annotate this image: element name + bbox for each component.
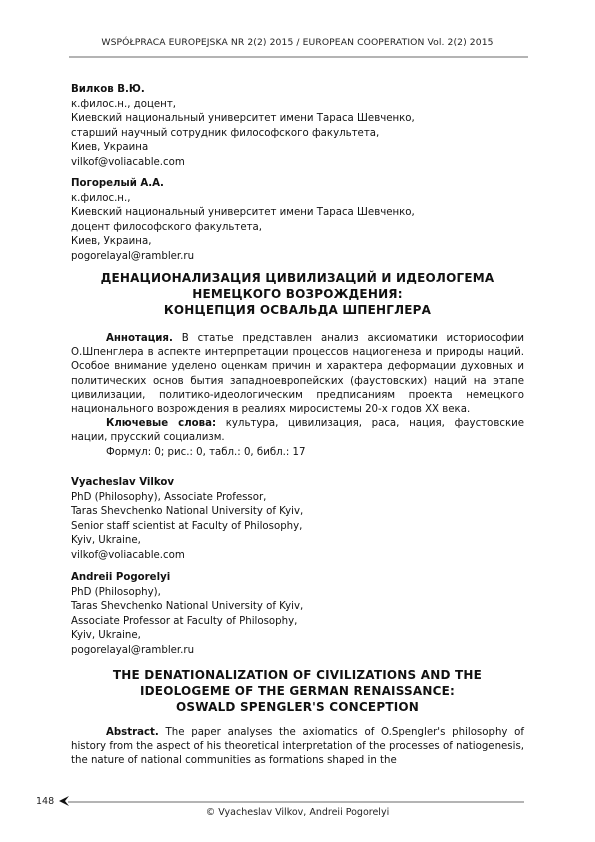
affiliation-line: старший научный сотрудник философского ф… <box>71 127 524 142</box>
affiliation-line: PhD (Philosophy), <box>71 586 524 601</box>
affiliation-line: Киевский национальный университет имени … <box>71 206 524 221</box>
keywords-label: Ключевые слова: <box>106 418 216 429</box>
header-rule <box>69 56 528 58</box>
page-number: 148 <box>36 796 54 807</box>
title-line: ДЕНАЦИОНАЛИЗАЦИЯ ЦИВИЛИЗАЦИЙ И ИДЕОЛОГЕМ… <box>60 270 535 286</box>
author-ru-1: Вилков В.Ю. к.филос.н., доцент, Киевский… <box>71 83 524 170</box>
author-ru-2: Погорелый А.А. к.филос.н., Киевский наци… <box>71 177 524 264</box>
title-line: OSWALD SPENGLER'S CONCEPTION <box>60 699 535 715</box>
title-line: НЕМЕЦКОГО ВОЗРОЖДЕНИЯ: <box>60 286 535 302</box>
author-name: Andreii Pogorelyi <box>71 571 524 586</box>
author-name: Vyacheslav Vilkov <box>71 476 524 491</box>
affiliation-line: Kyiv, Ukraine, <box>71 534 524 549</box>
running-head: WSPÓŁPRACA EUROPEJSKA NR 2(2) 2015 / EUR… <box>0 37 595 48</box>
affiliation-line: Киевский национальный университет имени … <box>71 112 524 127</box>
article-title-en: THE DENATIONALIZATION OF CIVILIZATIONS A… <box>60 667 535 715</box>
abstract-ru: Аннотация. В статье представлен анализ а… <box>71 332 524 460</box>
title-line: THE DENATIONALIZATION OF CIVILIZATIONS A… <box>60 667 535 683</box>
affiliation-line: Associate Professor at Faculty of Philos… <box>71 615 524 630</box>
author-email: pogorelayal@rambler.ru <box>71 644 524 659</box>
journal-page: WSPÓŁPRACA EUROPEJSKA NR 2(2) 2015 / EUR… <box>0 0 595 842</box>
affiliation-line: Киев, Украина <box>71 141 524 156</box>
stats-line: Формул: 0; рис.: 0, табл.: 0, библ.: 17 <box>71 446 524 460</box>
affiliation-line: Киев, Украина, <box>71 235 524 250</box>
affiliation-line: Taras Shevchenko National University of … <box>71 505 524 520</box>
abstract-en: Abstract. The paper analyses the axiomat… <box>71 726 524 769</box>
affiliation-line: PhD (Philosophy), Associate Professor, <box>71 491 524 506</box>
abstract-label: Abstract. <box>106 727 159 738</box>
author-name: Вилков В.Ю. <box>71 83 524 98</box>
article-title-ru: ДЕНАЦИОНАЛИЗАЦИЯ ЦИВИЛИЗАЦИЙ И ИДЕОЛОГЕМ… <box>60 270 535 318</box>
footer-rule <box>68 801 524 803</box>
author-en-1: Vyacheslav Vilkov PhD (Philosophy), Asso… <box>71 476 524 563</box>
affiliation-line: Kyiv, Ukraine, <box>71 629 524 644</box>
affiliation-line: Senior staff scientist at Faculty of Phi… <box>71 520 524 535</box>
affiliation-line: доцент философского факультета, <box>71 221 524 236</box>
abstract-label: Аннотация. <box>106 333 173 344</box>
author-en-2: Andreii Pogorelyi PhD (Philosophy), Tara… <box>71 571 524 658</box>
author-email: pogorelayal@rambler.ru <box>71 250 524 265</box>
author-email: vilkof@voliacable.com <box>71 156 524 171</box>
copyright-line: © Vyacheslav Vilkov, Andreii Pogorelyi <box>0 807 595 818</box>
author-email: vilkof@voliacable.com <box>71 549 524 564</box>
title-line: IDEOLOGEME OF THE GERMAN RENAISSANCE: <box>60 683 535 699</box>
affiliation-line: к.филос.н., <box>71 192 524 207</box>
affiliation-line: к.филос.н., доцент, <box>71 98 524 113</box>
author-name: Погорелый А.А. <box>71 177 524 192</box>
title-line: КОНЦЕПЦИЯ ОСВАЛЬДА ШПЕНГЛЕРА <box>60 302 535 318</box>
abstract-text: В статье представлен анализ аксиоматики … <box>71 333 524 415</box>
affiliation-line: Taras Shevchenko National University of … <box>71 600 524 615</box>
